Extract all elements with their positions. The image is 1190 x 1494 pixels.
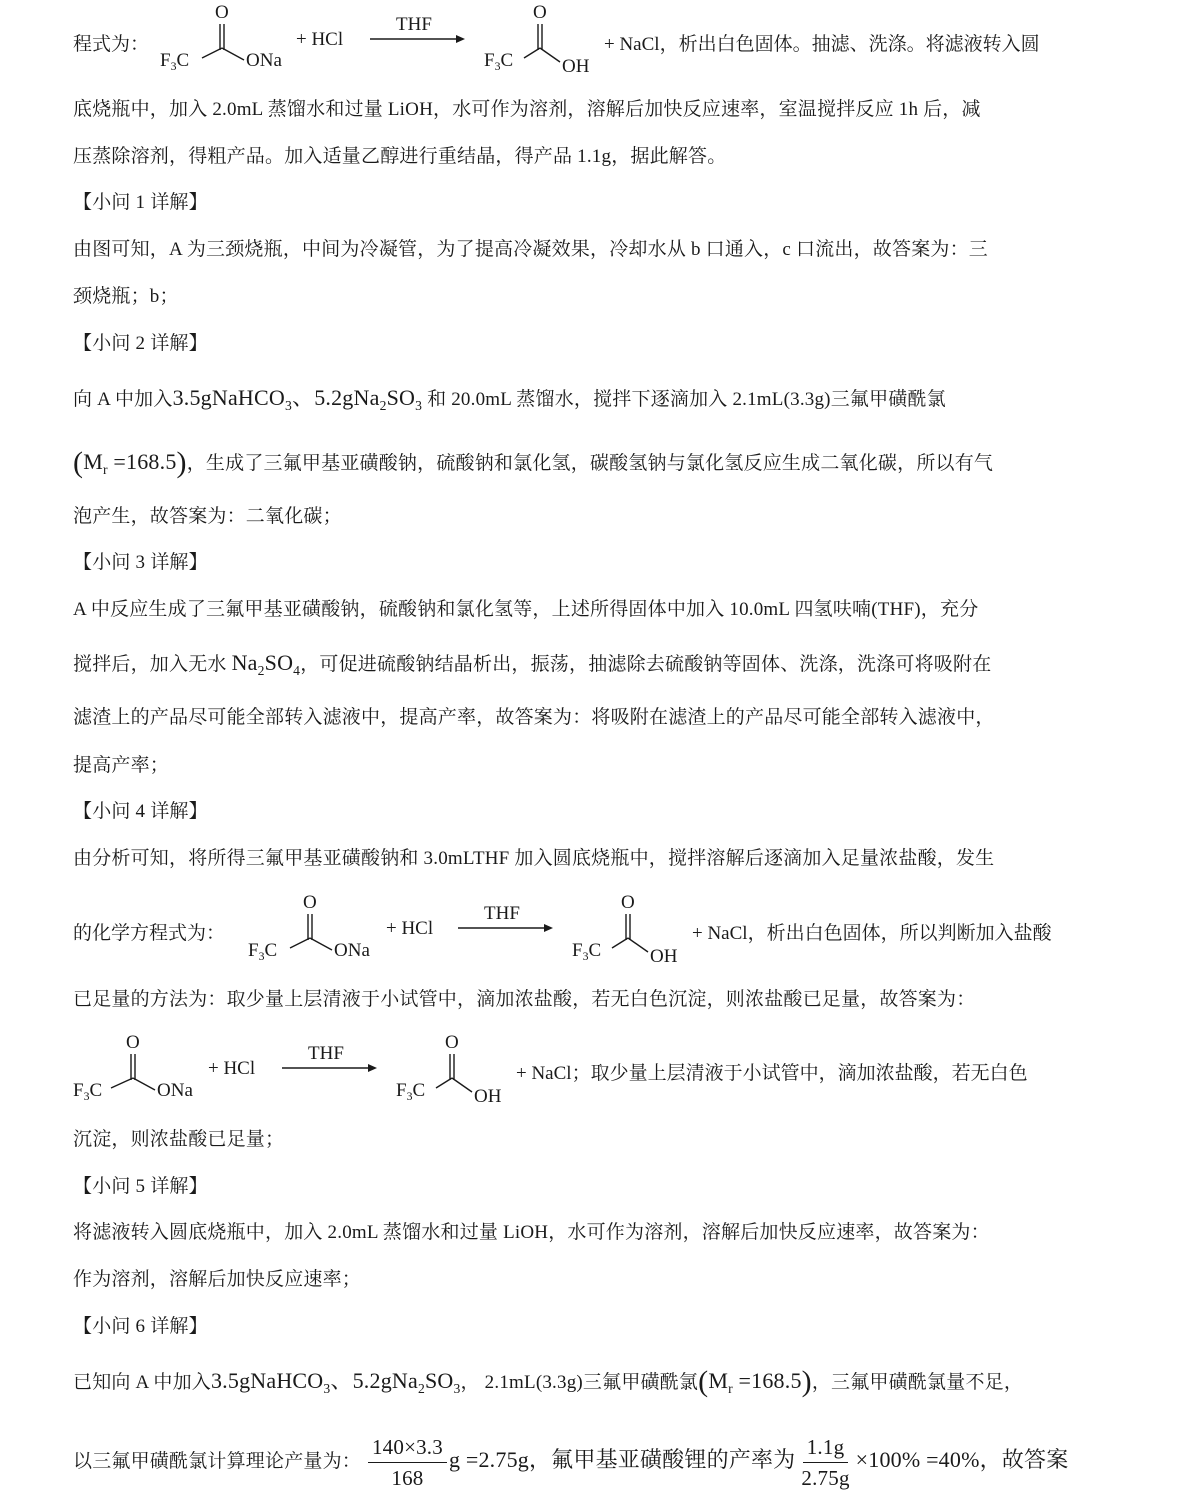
paren-open: ( [73,446,83,479]
q2-line-3: 泡产生，故答案为：二氧化碳； [73,505,1118,529]
cf3-group: F3C [160,50,189,72]
q2-line-2: (Mr =168.5)，生成了三氟甲基亚磺酸钠，硫酸钠和氯化氢，碳酸氢钠与氯化氢… [73,450,1118,476]
na2so3-sub1: 2 [380,398,387,413]
paren-close: ) [802,1365,812,1398]
na2so4-so: SO [265,650,294,675]
cf3-group: F3C [73,1080,102,1102]
cf3-c: C [176,50,189,71]
q4-eq-prefix: 的化学方程式为： [73,918,225,945]
na2so4-sub1: 2 [258,663,265,678]
q1-line-2: 颈烧瓶；b； [73,285,1118,309]
cf3-c: C [412,1080,425,1101]
paren-open: ( [698,1365,708,1398]
carbonyl-oxygen: O [445,1032,459,1054]
na2so4-formula: Na2SO4 [232,650,301,675]
cf3-group: F3C [396,1080,425,1102]
q6-text-a2: 以三氟甲磺酰氯计算理论产量为： [73,1451,361,1472]
carbonyl-oxygen: O [303,892,317,914]
carbonyl-oxygen: O [533,2,547,24]
trifluoroacetic-acid-structure: O F3C OH [572,892,702,972]
nahco3-text: 3.5gNaHCO [173,385,285,410]
q2-text-b: 和 20.0mL 蒸馏水，搅拌下逐滴加入 2.1mL(3.3g)三氟甲磺酰氯 [422,389,946,410]
q6-line-1: 已知向 A 中加入3.5gNaHCO3、5.2gNa2SO3， 2.1mL(3.… [73,1369,1118,1395]
cf3-f: F [248,940,259,961]
q6-text-c2: ×100% =40%，故答案 [856,1447,1069,1472]
q3-heading: 【小问 3 详解】 [73,551,1118,575]
fraction-denominator: 168 [387,1463,427,1491]
q4-eq2-plus-hcl: + HCl [208,1058,255,1080]
yield-percent-fraction: 1.1g 2.75g [797,1434,853,1491]
cf3-c: C [89,1080,102,1101]
trifluoroacetic-acid-structure: O F3C OH [396,1032,526,1112]
q2-line-1: 向 A 中加入3.5gNaHCO3、5.2gNa2SO3 和 20.0mL 蒸馏… [73,386,1118,412]
cf3-c: C [264,940,277,961]
q5-line-2: 作为溶剂，溶解后加快反应速率； [73,1268,1118,1292]
q2-text-a: 向 A 中加入 [73,389,173,410]
ona-group: ONa [334,940,370,962]
carbonyl-oxygen: O [126,1032,140,1054]
q6-text-b: ， 2.1mL(3.3g)三氟甲磺酰氯 [461,1372,699,1393]
mr-formula: Mr =168.5 [83,449,176,474]
trifluoroacetate-structure: O F3C ONa [248,892,388,964]
cf3-c: C [500,50,513,71]
mr-m: M [708,1368,728,1393]
q1-heading: 【小问 1 详解】 [73,191,1118,215]
eq1-suffix: + NaCl，析出白色固体。抽滤、洗涤。将滤液转入圆 [604,29,1040,56]
na2so4-na: Na [232,650,258,675]
q1-line-1: 由图可知，A 为三颈烧瓶，中间为冷凝管，为了提高冷凝效果，冷却水从 b 口通入，… [73,238,1118,262]
na2so3-text: 5.2gNa [314,385,379,410]
q3-line-3: 滤渣上的产品尽可能全部转入滤液中，提高产率，故答案为：将吸附在滤渣上的产品尽可能… [73,706,1118,730]
mr-value: =168.5 [108,449,177,474]
reaction-arrow: THF [370,10,466,50]
oh-group: OH [650,946,677,968]
q3-text-a: 搅拌后，加入无水 [73,654,232,675]
arrow-icon [282,1039,378,1079]
fraction-numerator: 1.1g [803,1434,849,1463]
cf3-f: F [396,1080,407,1101]
cf3-f: F [160,50,171,71]
paren-close: ) [177,446,187,479]
nahco3-formula: 3.5gNaHCO3、5.2gNa2SO3 [173,385,423,410]
oh-group: OH [562,56,589,78]
trifluoroacetate-structure: O F3C ONa [73,1032,213,1104]
q4-line-5: 沉淀，则浓盐酸已足量； [73,1128,1118,1152]
na2so3-sub1: 2 [418,1381,425,1396]
reaction-arrow: THF [282,1039,378,1079]
trifluoroacetic-acid-structure: O F3C OH [484,2,614,82]
fraction-denominator: 2.75g [797,1463,853,1491]
separator: 、 [330,1368,352,1393]
intro-line-2: 底烧瓶中，加入 2.0mL 蒸馏水和过量 LiOH，水可作为溶剂，溶解后加快反应… [73,98,1118,122]
cf3-group: F3C [248,940,277,962]
separator: 、 [292,385,314,410]
q4-line-1: 由分析可知，将所得三氟甲基亚磺酸钠和 3.0mLTHF 加入圆底烧瓶中，搅拌溶解… [73,847,1118,871]
nahco3-sub: 3 [285,398,292,413]
q4-heading: 【小问 4 详解】 [73,800,1118,824]
q2-text-rest: ，生成了三氟甲基亚磺酸钠，硫酸钠和氯化氢，碳酸氢钠与氯化氢反应生成二氧化碳，所以… [187,453,993,474]
trifluoroacetate-structure: O F3C ONa [160,2,300,74]
oh-group: OH [474,1086,501,1108]
document-page: 程式为： O F3C ONa + HCl THF O F3C OH + [0,0,1190,1494]
mr-formula: Mr =168.5 [708,1368,801,1393]
theoretical-yield-fraction: 140×3.3 168 [368,1434,447,1491]
q6-line-2: 以三氟甲磺酰氯计算理论产量为： 140×3.3 168 g =2.75g，氟甲基… [73,1432,1118,1491]
cf3-f: F [484,50,495,71]
q4-eq2-suffix: + NaCl；取少量上层清液于小试管中，滴加浓盐酸，若无白色 [516,1058,1028,1085]
arrow-icon [458,899,554,939]
cf3-c: C [588,940,601,961]
na2so3-mid: SO [387,385,416,410]
mr-value: =168.5 [733,1368,802,1393]
fraction-numerator: 140×3.3 [368,1434,447,1463]
eq1-plus-hcl: + HCl [296,29,343,51]
eq1-prefix: 程式为： [73,29,149,56]
q5-line-1: 将滤液转入圆底烧瓶中，加入 2.0mL 蒸馏水和过量 LiOH，水可作为溶剂，溶… [73,1221,1118,1245]
nahco3-text: 3.5gNaHCO [211,1368,323,1393]
intro-line-3: 压蒸除溶剂，得粗产品。加入适量乙醇进行重结晶，得产品 1.1g，据此解答。 [73,145,1118,169]
q4-eq-plus-hcl: + HCl [386,918,433,940]
q3-line-1: A 中反应生成了三氟甲基亚磺酸钠，硫酸钠和氯化氢等，上述所得固体中加入 10.0… [73,598,1118,622]
q6-text-a: 已知向 A 中加入 [73,1372,211,1393]
na2so3-text: 5.2gNa [353,1368,418,1393]
carbonyl-oxygen: O [621,892,635,914]
q2-heading: 【小问 2 详解】 [73,332,1118,356]
cf3-group: F3C [484,50,513,72]
ona-group: ONa [157,1080,193,1102]
q3-line-4: 提高产率； [73,754,1118,778]
nahco3-formula: 3.5gNaHCO3、5.2gNa2SO3 [211,1368,461,1393]
q4-eq-suffix: + NaCl，析出白色固体，所以判断加入盐酸 [692,918,1052,945]
q6-heading: 【小问 6 详解】 [73,1315,1118,1339]
cf3-group: F3C [572,940,601,962]
q3-line-2: 搅拌后，加入无水 Na2SO4，可促进硫酸钠结晶析出，振荡，抽滤除去硫酸钠等固体… [73,651,1118,677]
na2so3-mid: SO [425,1368,454,1393]
q3-text-b: ，可促进硫酸钠结晶析出，振荡，抽滤除去硫酸钠等固体、洗涤，洗涤可将吸附在 [300,654,991,675]
q4-line-3: 已足量的方法为：取少量上层清液于小试管中，滴加浓盐酸，若无白色沉淀，则浓盐酸已足… [73,988,1118,1012]
q5-heading: 【小问 5 详解】 [73,1175,1118,1199]
carbonyl-oxygen: O [215,2,229,24]
cf3-f: F [73,1080,84,1101]
q6-text-c: ，三氟甲磺酰氯量不足， [812,1372,1023,1393]
ona-group: ONa [246,50,282,72]
mr-m: M [83,449,103,474]
q6-text-b2: g =2.75g，氟甲基亚磺酸锂的产率为 [449,1447,795,1472]
arrow-icon [370,10,466,50]
cf3-f: F [572,940,583,961]
reaction-arrow: THF [458,899,554,939]
na2so3-sub2: 3 [454,1381,461,1396]
